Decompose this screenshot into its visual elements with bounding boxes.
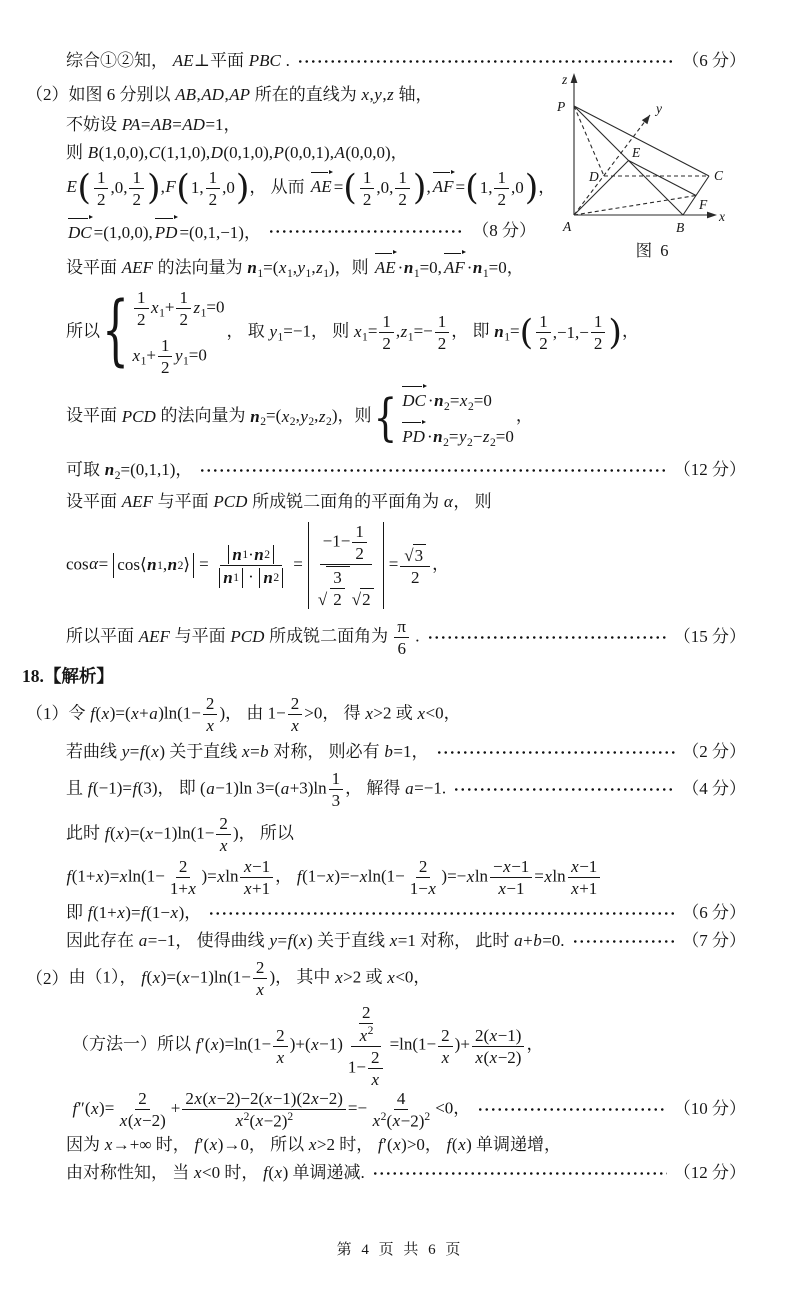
- math-num: 3: [330, 568, 345, 589]
- fraction: 2x2: [356, 1003, 376, 1044]
- math-den: 2: [94, 189, 109, 209]
- math-bold-vector: n: [147, 553, 157, 578]
- math-var: x: [361, 85, 370, 104]
- math-num: 1: [206, 168, 221, 189]
- math-ccol: DC·n2=x2=0PD·n2=y2−z2=0: [400, 385, 514, 449]
- math-var: b: [384, 742, 394, 761]
- math-var: x: [353, 322, 362, 341]
- math-var: f: [378, 1135, 384, 1154]
- fraction: 4x2(x−2)2: [369, 1089, 433, 1130]
- subscript: 2: [260, 416, 266, 429]
- math-bgin: 12,0,12: [357, 168, 413, 209]
- subscript: 1: [408, 331, 414, 344]
- math-var: y: [458, 427, 467, 446]
- big-paren-group: (12,0,12): [343, 168, 426, 209]
- left-paren: (: [465, 174, 479, 203]
- math-bgin: −1−12√32√2: [312, 522, 380, 609]
- math-var: P: [273, 143, 284, 162]
- math-den: 2: [435, 333, 450, 353]
- math-var: y: [269, 931, 278, 950]
- vector-arrow: AE: [374, 252, 397, 281]
- math-den: 2: [360, 189, 375, 209]
- dotted-leader: [453, 787, 675, 792]
- math-var: x: [365, 704, 374, 723]
- math-var: x: [145, 824, 154, 843]
- math-var: x: [458, 1135, 467, 1154]
- math-var: f: [141, 903, 147, 922]
- math-var: x: [281, 407, 290, 426]
- math-var: x: [466, 867, 475, 886]
- right-paren: ): [236, 174, 250, 203]
- dotted-leader: [436, 750, 676, 755]
- math-var: x: [134, 1111, 143, 1130]
- math-var: x: [90, 1099, 99, 1118]
- math-den: 1−x: [407, 878, 440, 898]
- item-number-label: （2）: [26, 967, 69, 992]
- subscript: 2: [273, 572, 279, 584]
- solution-line: 此时 f(x)=(x−1)ln(1−2x)， 所以: [0, 814, 800, 855]
- math-var: x: [335, 968, 344, 987]
- dotted-leader: [268, 229, 465, 234]
- math-num: √3: [400, 544, 430, 567]
- solution-text: f(1+x)=xln(1−21+x)=xlnx−1x+1， f(1−x)=−xl…: [66, 857, 602, 898]
- math-var: x: [131, 704, 140, 723]
- page-footer: 第 4 页 共 6 页: [0, 1240, 800, 1262]
- math-den: x2: [356, 1024, 376, 1044]
- math-var: x: [194, 1089, 203, 1108]
- math-bold-vector: n: [403, 258, 413, 277]
- fraction: 2x: [368, 1048, 383, 1089]
- solution-text: 即 f(1+x)=f(1−x)，: [66, 901, 201, 926]
- math-den: x: [368, 1069, 383, 1089]
- math-var: z: [318, 407, 326, 426]
- subscript: 1: [504, 331, 510, 344]
- brace: {: [102, 295, 129, 372]
- math-bold-vector: n: [263, 568, 273, 587]
- solution-line: 即 f(1+x)=f(1−x)，（6 分）: [0, 900, 800, 926]
- solution-line: 所以平面 AEF 与平面 PCD 所成锐二面角为 π6 .（15 分）: [0, 617, 800, 658]
- math-sqin: 3: [413, 544, 427, 565]
- subscript: 1: [141, 355, 147, 368]
- subscript: 2: [444, 401, 450, 414]
- solution-text: E(12,0,12),F(1,12,0)， 从而 AE=(12,0,12),AF…: [66, 168, 555, 209]
- math-num: 1: [379, 312, 394, 333]
- solution-line: （2）如图 6 分别以 AB,AD,AP 所在的直线为 x,y,z 轴，: [0, 82, 800, 108]
- solution-text: （方法一）所以 f′(x)=ln(1−2x)+(x−1)2x21−2x=ln(1…: [72, 1003, 543, 1088]
- square-root: √32: [318, 566, 350, 609]
- math-var: f: [87, 779, 93, 798]
- math-var: x: [475, 1048, 484, 1067]
- solution-line: （1）令 f(x)=(x+a)ln(1−2x)， 由 1−2x>0， 得 x>2…: [0, 694, 800, 735]
- math-num: 1: [591, 312, 606, 333]
- math-den: x+1: [568, 878, 601, 898]
- solution-line: E(12,0,12),F(1,12,0)， 从而 AE=(12,0,12),AF…: [0, 168, 800, 209]
- math-bold-vector: n: [104, 460, 114, 479]
- math-var: x: [119, 867, 128, 886]
- math-num: 1: [158, 336, 173, 357]
- right-paren: ): [413, 174, 427, 203]
- score-marker: （6 分）: [682, 901, 746, 926]
- fraction: 2x: [288, 694, 303, 735]
- math-var: a: [280, 779, 290, 798]
- fraction: 32: [330, 568, 345, 609]
- math-var: x: [182, 968, 191, 987]
- math-var: x: [132, 346, 141, 365]
- solution-text: 且 f(−1)=f(3)， 即 (a−1)ln 3=(a+3)ln13， 解得 …: [66, 769, 446, 810]
- math-var: α: [89, 554, 99, 573]
- solution-text: 由对称性知， 当 x<0 时， f(x) 单调递减.: [66, 1161, 365, 1186]
- math-num: 2: [135, 1089, 150, 1110]
- math-var: x: [544, 867, 553, 886]
- math-var: z: [400, 322, 408, 341]
- solution-line: 因此存在 a=−1， 使得曲线 y=f(x) 关于直线 x=1 对称， 此时 a…: [0, 928, 800, 954]
- fraction: 2x(x−2): [116, 1089, 169, 1130]
- superscript: 2: [424, 1110, 430, 1123]
- math-ccol: 12x1+12z1=0x1+12y1=0: [132, 288, 224, 377]
- math-var: x: [298, 931, 307, 950]
- math-den: x(x−2): [472, 1047, 525, 1067]
- math-bold-vector: n: [254, 545, 264, 564]
- math-var: x: [359, 1026, 368, 1045]
- math-var: x: [255, 1111, 264, 1130]
- math-var: f: [139, 742, 145, 761]
- math-var: x: [170, 903, 179, 922]
- math-bold-vector: n: [472, 258, 482, 277]
- math-var: x: [571, 857, 580, 876]
- solution-text: 因为 x→+∞ 时， f′(x)→0， 所以 x>2 时， f′(x)>0， f…: [66, 1133, 561, 1158]
- subscript: 2: [178, 560, 184, 572]
- math-num: 1: [360, 168, 375, 189]
- superscript: 2: [287, 1110, 293, 1123]
- subscript: 2: [308, 416, 314, 429]
- solution-text: 所以{12x1+12z1=0x1+12y1=0， 取 y1=−1， 则 x1=1…: [66, 288, 639, 377]
- dotted-leader: [477, 1107, 666, 1112]
- subscript: 2: [326, 416, 332, 429]
- math-var: x: [571, 879, 580, 898]
- solution-line: f(1+x)=xln(1−21+x)=xlnx−1x+1， f(1−x)=−xl…: [0, 857, 800, 898]
- math-den: x(x−2): [116, 1110, 169, 1130]
- fraction: 2x21−2x: [345, 1003, 388, 1088]
- math-var: f: [132, 779, 138, 798]
- solution-line: 且 f(−1)=f(3)， 即 (a−1)ln 3=(a+3)ln13， 解得 …: [0, 769, 800, 810]
- fraction: 12: [379, 312, 394, 353]
- fraction: 12: [536, 312, 551, 353]
- math-var: x: [210, 1035, 219, 1054]
- math-den: x: [253, 979, 268, 999]
- vector-arrow: DC: [67, 217, 93, 246]
- score-marker: （4 分）: [682, 777, 746, 802]
- vector-arrow: PD: [154, 217, 179, 246]
- fraction: 12: [158, 336, 173, 377]
- math-bgin: n2: [263, 568, 279, 587]
- exam-solution-page: 综合①②知， AE⊥平面 PBC .（6 分）（2）如图 6 分别以 AB,AD…: [0, 0, 800, 1302]
- math-var: x: [417, 704, 426, 723]
- math-var: z: [387, 85, 395, 104]
- math-bold-vector: n: [433, 427, 443, 446]
- dotted-leader: [199, 468, 666, 473]
- math-var: f: [194, 1135, 200, 1154]
- math-den: 2: [176, 309, 191, 329]
- math-num: 1: [352, 522, 367, 543]
- math-var: x: [503, 857, 512, 876]
- math-den: 2: [330, 589, 345, 609]
- subscript: 1: [257, 267, 263, 280]
- math-num: 2: [438, 1026, 453, 1047]
- math-var: x: [243, 879, 252, 898]
- math-var: x: [217, 867, 226, 886]
- fraction: 2x: [216, 814, 231, 855]
- math-num: 1: [435, 312, 450, 333]
- solution-text: 18.【解析】: [22, 664, 114, 689]
- fraction: −1−12√32√2: [314, 522, 378, 609]
- math-var: x: [326, 867, 335, 886]
- fraction: 12: [176, 288, 191, 329]
- item-number-label: （1）: [26, 702, 69, 727]
- solution-line: （2）由（1）， f(x)=(x−1)ln(1−2x)， 其中 x>2 或 x<…: [0, 958, 800, 999]
- solution-text: 设平面 AEF 的法向量为 n1=(x1,y1,z1)，则 AE·n1=0,AF…: [66, 252, 524, 281]
- math-var: f: [195, 1035, 201, 1054]
- fraction: −x−1x−1: [490, 857, 532, 898]
- vector-arrow: AF: [443, 252, 466, 281]
- math-var: z: [482, 427, 490, 446]
- math-var: F: [165, 177, 176, 196]
- math-var: x: [359, 867, 368, 886]
- score-marker: （12 分）: [674, 458, 746, 483]
- math-var: x: [95, 867, 104, 886]
- math-var: E: [66, 177, 77, 196]
- math-var: x: [152, 968, 161, 987]
- dotted-leader: [572, 939, 676, 944]
- math-var: x: [441, 1048, 450, 1067]
- math-var: x: [194, 1163, 203, 1182]
- math-var: z: [193, 298, 201, 317]
- math-num: 1: [94, 168, 109, 189]
- subscript: 1: [233, 572, 239, 584]
- math-var: b: [533, 931, 543, 950]
- square-root: √3: [404, 544, 426, 565]
- score-marker: （15 分）: [674, 625, 746, 650]
- left-paren: (: [343, 174, 357, 203]
- math-sqin: 2: [360, 588, 374, 609]
- math-var: f: [263, 1163, 269, 1182]
- solution-text: 综合①②知， AE⊥平面 PBC .: [66, 49, 290, 74]
- absolute-value: cos⟨n1,n2⟩: [110, 553, 197, 578]
- solution-text: cosα=cos⟨n1,n2⟩=n1·n2n1·n2=−1−12√32√2=√3…: [66, 522, 449, 609]
- score-marker: （2 分）: [682, 740, 746, 765]
- math-var: x: [489, 1048, 498, 1067]
- fraction: 2x: [438, 1026, 453, 1067]
- math-num: 1: [176, 288, 191, 309]
- math-den: x: [438, 1047, 453, 1067]
- math-den: x−1: [495, 878, 528, 898]
- math-var: x: [428, 879, 437, 898]
- solution-text: 此时 f(x)=(x−1)ln(1−2x)， 所以: [66, 814, 294, 855]
- math-var: x: [256, 980, 265, 999]
- score-marker: （7 分）: [682, 929, 746, 954]
- math-var: y: [121, 742, 130, 761]
- math-den: 1−2x: [345, 1047, 388, 1089]
- math-den: √32√2: [314, 565, 378, 609]
- math-var: x: [206, 716, 215, 735]
- left-paren: (: [77, 174, 91, 203]
- fraction: 2x(x−2)−2(x−1)(2x−2)x2(x−2)2: [182, 1089, 346, 1130]
- math-var: AEF: [138, 627, 170, 646]
- math-var: x: [311, 1035, 320, 1054]
- subscript: 1: [414, 267, 420, 280]
- math-var: PBC: [248, 51, 281, 70]
- math-crow: PD·n2=y2−z2=0: [400, 421, 514, 450]
- subscript: 1: [306, 267, 312, 280]
- fraction: π6: [394, 617, 409, 658]
- vector-arrow: AE: [310, 171, 333, 200]
- solution-text: 设平面 AEF 与平面 PCD 所成锐二面角的平面角为 α， 则: [66, 490, 492, 515]
- subscript: 2: [467, 436, 473, 449]
- math-crow: 12x1+12z1=0: [132, 288, 224, 329]
- solution-line: cosα=cos⟨n1,n2⟩=n1·n2n1·n2=−1−12√32√2=√3…: [0, 522, 800, 609]
- subscript: 2: [115, 469, 121, 482]
- fraction: 2x: [253, 958, 268, 999]
- math-var: PA: [121, 115, 141, 134]
- fraction: 12: [591, 312, 606, 353]
- math-var: PCD: [230, 627, 265, 646]
- math-var: a: [149, 704, 159, 723]
- math-var: x: [119, 1111, 128, 1130]
- fraction: 2x: [273, 1026, 288, 1067]
- solution-line: 设平面 AEF 与平面 PCD 所成锐二面角的平面角为 α， 则: [0, 490, 800, 516]
- fraction: 12: [494, 168, 509, 209]
- math-bold-vector: n: [494, 322, 504, 341]
- math-num: 4: [394, 1089, 409, 1110]
- math-den: 2: [129, 189, 144, 209]
- solution-line: 因为 x→+∞ 时， f′(x)→0， 所以 x>2 时， f′(x)>0， f…: [0, 1132, 800, 1158]
- math-var: x: [459, 391, 468, 410]
- right-paren: ): [147, 174, 161, 203]
- subscript: 2: [290, 416, 296, 429]
- vector-arrow: PD: [401, 421, 426, 450]
- math-den: 2: [536, 333, 551, 353]
- math-num: π: [394, 617, 409, 638]
- math-num: 2: [359, 1003, 374, 1024]
- math-den: 2: [352, 543, 367, 563]
- math-crow: DC·n2=x2=0: [400, 385, 492, 414]
- fraction: 21+x: [167, 857, 200, 898]
- subscript: 1: [159, 307, 165, 320]
- big-paren-group: (12,−1,−12): [520, 312, 622, 353]
- math-den: x+1: [240, 878, 273, 898]
- solution-line: 18.【解析】: [0, 664, 800, 690]
- math-var: AD: [201, 85, 225, 104]
- math-den: 2: [408, 567, 423, 587]
- math-var: AB: [175, 85, 197, 104]
- absolute-value: n1: [216, 568, 246, 587]
- math-var: b: [260, 742, 270, 761]
- math-var: x: [116, 824, 125, 843]
- solution-text: f″(x)=2x(x−2)+2x(x−2)−2(x−1)(2x−2)x2(x−2…: [72, 1089, 470, 1130]
- math-bold-vector: n: [247, 258, 257, 277]
- solution-line: 若曲线 y=f(x) 关于直线 x=b 对称， 则必有 b=1，（2 分）: [0, 739, 800, 765]
- math-num: 1: [129, 168, 144, 189]
- math-var: x: [243, 857, 252, 876]
- math-den: 1+x: [167, 878, 200, 898]
- math-bgin: cos⟨n1,n2⟩: [117, 553, 190, 578]
- math-var: f: [104, 824, 110, 843]
- solution-text: 所以平面 AEF 与平面 PCD 所成锐二面角为 π6 .: [66, 617, 420, 658]
- subscript: 2: [264, 549, 270, 561]
- math-sqin: 32: [326, 566, 350, 609]
- left-paren: (: [520, 319, 534, 348]
- equation-system: {12x1+12z1=0x1+12y1=0: [102, 288, 224, 377]
- math-var: a: [405, 779, 415, 798]
- vector-arrow: AF: [432, 171, 455, 200]
- subscript: 1: [157, 560, 163, 572]
- math-num: 2: [216, 814, 231, 835]
- fraction: 12: [134, 288, 149, 329]
- superscript: 2: [244, 1110, 250, 1123]
- math-den: 2: [206, 189, 221, 209]
- fraction: 12: [352, 522, 367, 563]
- math-var: x: [278, 258, 287, 277]
- math-var: x: [387, 968, 396, 987]
- math-var: x: [393, 1135, 402, 1154]
- math-var: PCD: [121, 407, 156, 426]
- math-num: 2: [368, 1048, 383, 1069]
- math-var: x: [208, 1089, 217, 1108]
- subscript: 1: [362, 331, 368, 344]
- math-var: a: [206, 779, 216, 798]
- dotted-leader: [297, 59, 675, 64]
- fraction: 21−x: [407, 857, 440, 898]
- math-var: x: [392, 1111, 401, 1130]
- math-var: x: [372, 1111, 381, 1130]
- big-paren-group: (1,12,0): [176, 168, 249, 209]
- fraction: 12: [94, 168, 109, 209]
- math-var: C: [148, 143, 160, 162]
- math-var: x: [209, 1135, 218, 1154]
- math-den: 2: [134, 309, 149, 329]
- math-var: AD: [182, 115, 206, 134]
- fraction: 13: [329, 769, 344, 810]
- math-var: x: [242, 742, 251, 761]
- solution-text: 因此存在 a=−1， 使得曲线 y=f(x) 关于直线 x=1 对称， 此时 a…: [66, 929, 565, 954]
- math-bold-vector: n: [434, 391, 444, 410]
- solution-body: 综合①②知， AE⊥平面 PBC .（6 分）（2）如图 6 分别以 AB,AD…: [0, 48, 800, 1186]
- math-num: −1−12: [320, 522, 372, 565]
- subscript: 2: [468, 401, 474, 414]
- subscript: 2: [490, 436, 496, 449]
- math-var: PCD: [213, 492, 248, 511]
- math-bgin: 12,−1,−12: [533, 312, 608, 353]
- math-num: 2x2: [351, 1003, 381, 1046]
- fraction: x−1x+1: [568, 857, 601, 898]
- math-var: y: [174, 346, 183, 365]
- math-var: x: [274, 1163, 283, 1182]
- solution-line: （方法一）所以 f′(x)=ln(1−2x)+(x−1)2x21−2x=ln(1…: [0, 1003, 800, 1088]
- right-paren: ): [608, 319, 622, 348]
- math-var: A: [334, 143, 345, 162]
- dotted-leader: [427, 635, 667, 640]
- superscript: 2: [368, 1024, 374, 1037]
- math-var: AB: [150, 115, 172, 134]
- math-bold-vector: n: [232, 545, 242, 564]
- subscript: 1: [483, 267, 489, 280]
- math-num: 1: [536, 312, 551, 333]
- absolute-value: −1−12√32√2: [305, 522, 387, 609]
- solution-text: 如图 6 分别以 AB,AD,AP 所在的直线为 x,y,z 轴，: [69, 83, 433, 108]
- math-bgin: n1·n2: [232, 545, 270, 564]
- subscript: 1: [201, 307, 207, 320]
- score-marker: （8 分）: [472, 219, 536, 244]
- fraction: 12: [435, 312, 450, 353]
